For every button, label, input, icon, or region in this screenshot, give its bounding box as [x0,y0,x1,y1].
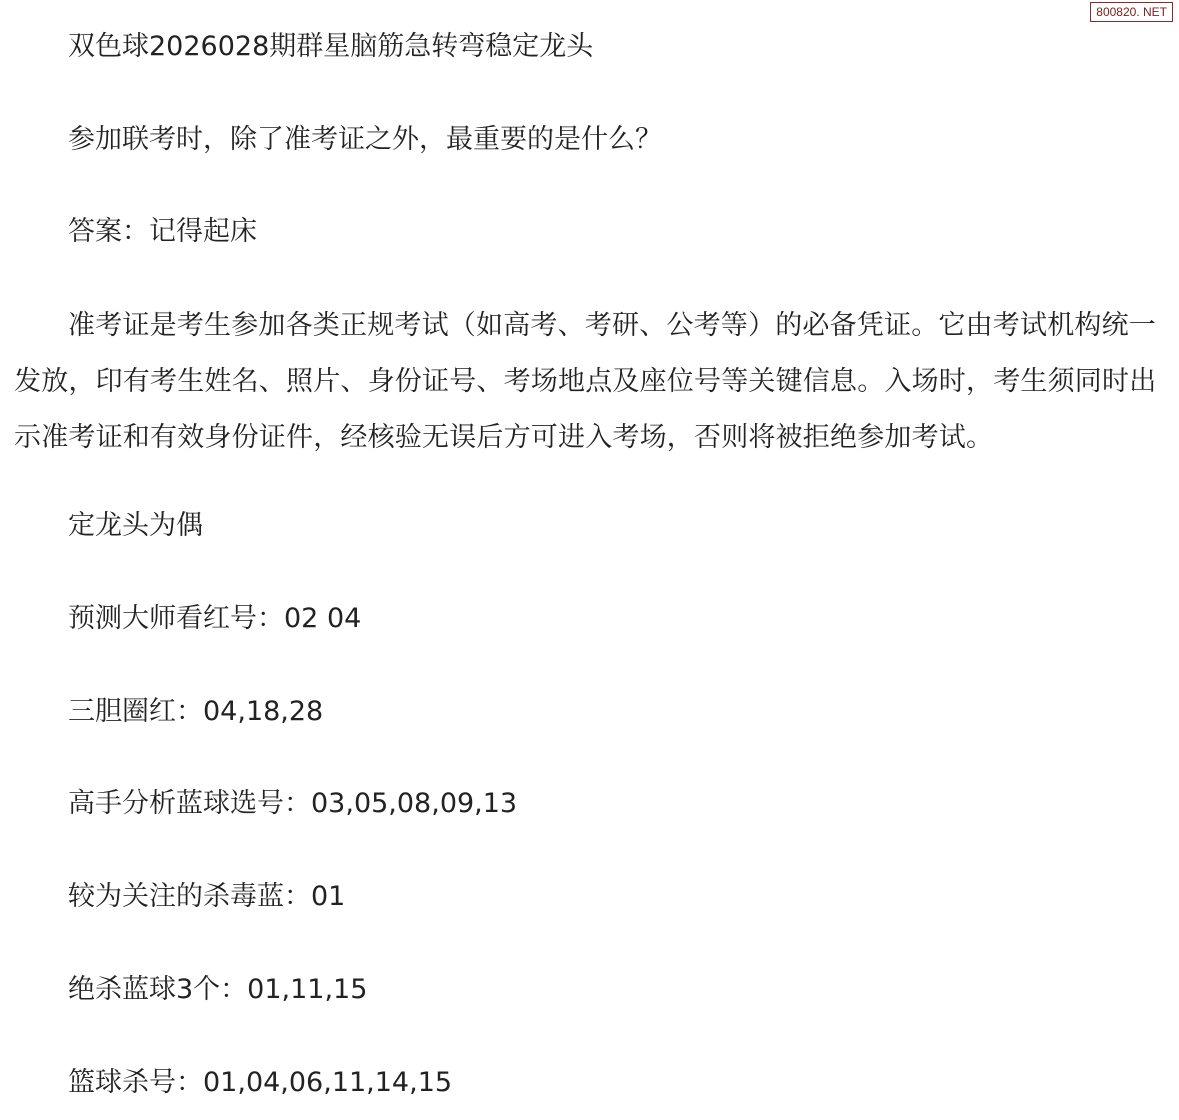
prediction-blue-kill-focus: 较为关注的杀毒蓝：01 [14,883,1164,911]
prediction-head-parity: 定龙头为偶 [14,512,1164,540]
exam-ticket-paragraph: 准考证是考生参加各类正规考试（如高考、考研、公考等）的必备凭证。它由考试机构统一… [14,298,1164,466]
riddle-answer: 答案：记得起床 [14,218,1164,246]
paragraph-line: 发放，印有考生姓名、照片、身份证号、考场地点及座位号等关键信息。入场时，考生须同… [14,354,1164,410]
site-watermark: 800820. NET [1090,2,1173,22]
prediction-red-master: 预测大师看红号：02 04 [14,605,1164,633]
prediction-blue-picks: 高手分析蓝球选号：03,05,08,09,13 [14,790,1164,818]
paragraph-line: 示准考证和有效身份证件，经核验无误后方可进入考场，否则将被拒绝参加考试。 [14,410,1164,466]
paragraph-line: 准考证是考生参加各类正规考试（如高考、考研、公考等）的必备凭证。它由考试机构统一 [14,298,1164,354]
prediction-blue-kill-three: 绝杀蓝球3个：01,11,15 [14,976,1164,1004]
prediction-red-three: 三胆圈红：04,18,28 [14,698,1164,726]
riddle-question: 参加联考时，除了准考证之外，最重要的是什么？ [14,126,1164,154]
article-title: 双色球2026028期群星脑筋急转弯稳定龙头 [14,33,1164,61]
prediction-blue-kill-list: 篮球杀号：01,04,06,11,14,15 [14,1069,1164,1097]
